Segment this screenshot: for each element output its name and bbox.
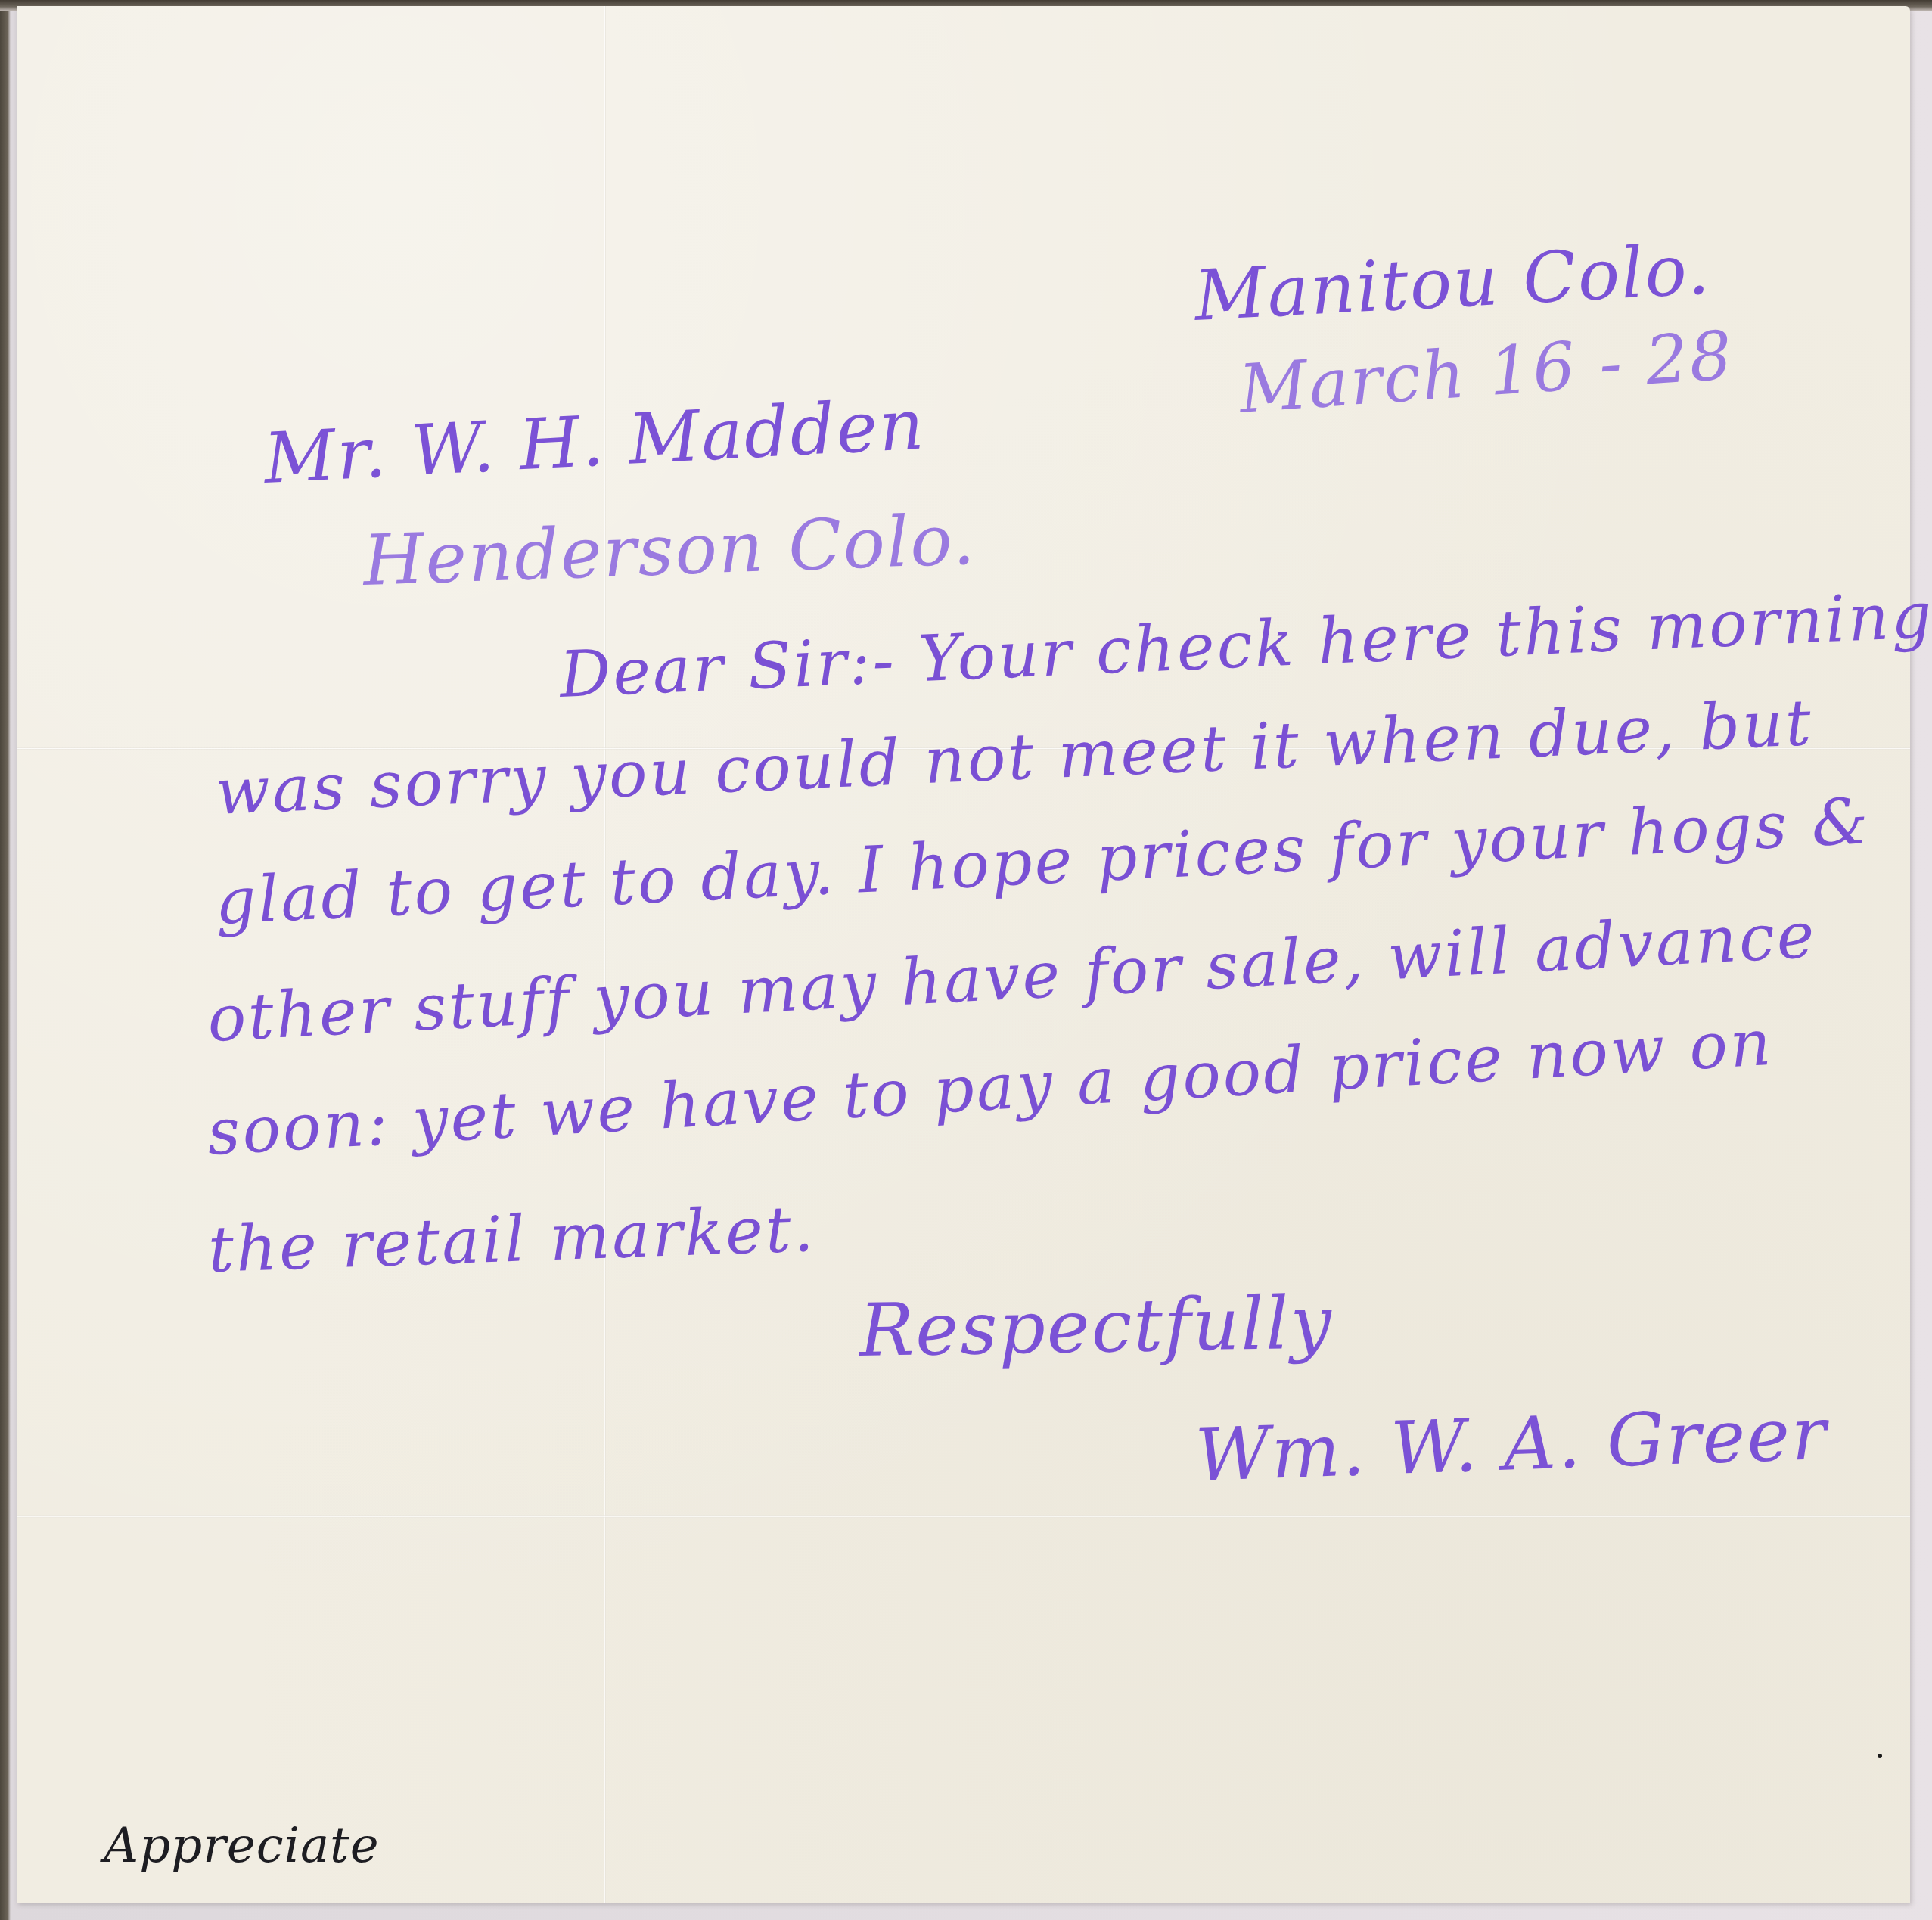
lower-fold-line [17,1515,1910,1518]
letter-closing: Respectfully [859,1280,1334,1373]
pencil-annotation: Appreciate [104,1818,380,1874]
recipient-name: Mr. W. H. Madden [262,384,927,499]
letter-place: Manitou Colo. [1192,228,1712,337]
letter-paper: Manitou Colo. March 16 - 28 Mr. W. H. Ma… [17,6,1910,1903]
scanned-letter: Manitou Colo. March 16 - 28 Mr. W. H. Ma… [0,0,1932,1920]
letter-date: March 16 - 28 [1237,316,1736,428]
body-line: the retail market. [207,1191,817,1287]
ink-speck [1878,1754,1882,1758]
vertical-fold-line [604,6,606,1903]
signature: Wm. W. A. Greer [1194,1391,1829,1498]
recipient-location: Henderson Colo. [362,499,977,601]
